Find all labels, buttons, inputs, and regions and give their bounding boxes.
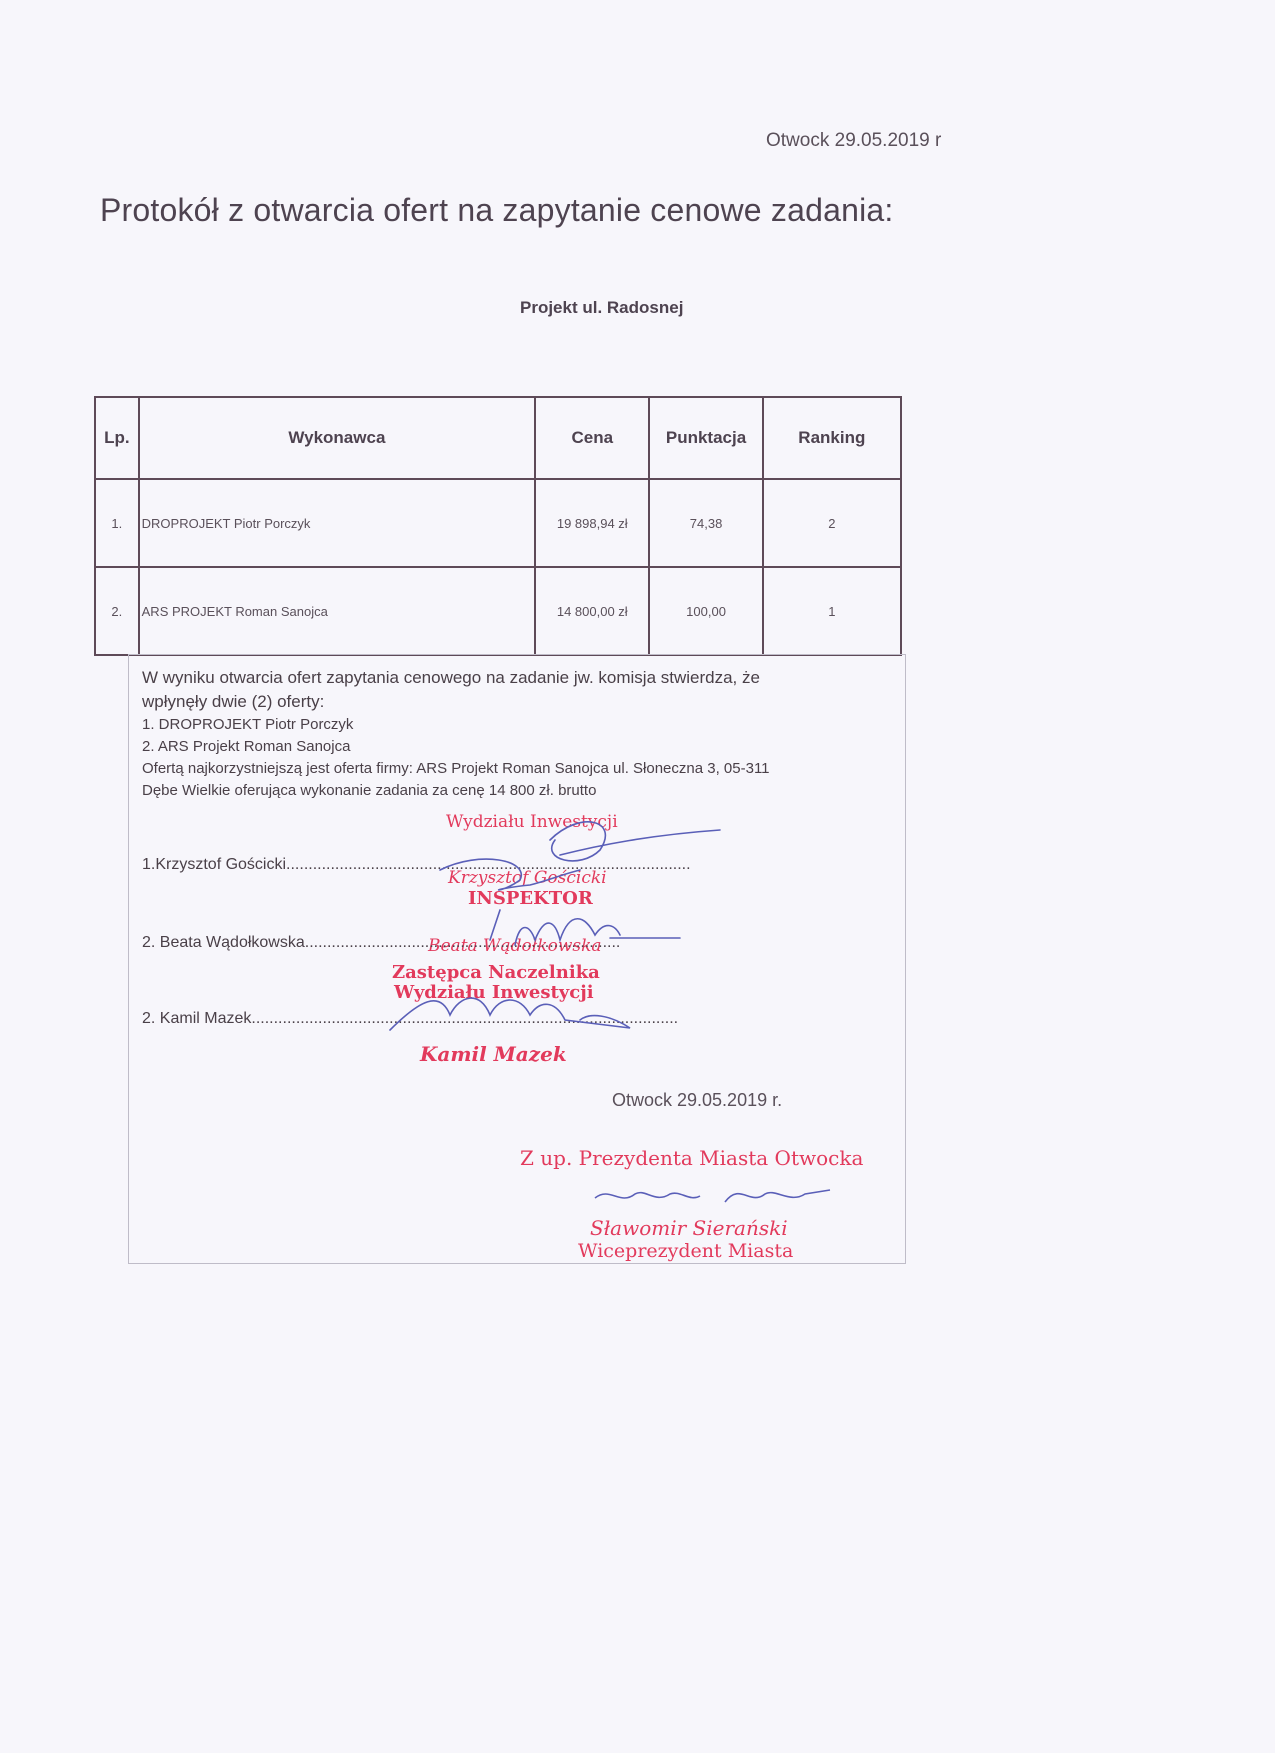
cell-cena: 14 800,00 zł [535,567,649,655]
stamp-president-authority: Z up. Prezydenta Miasta Otwocka [520,1146,863,1170]
summary-offer-1: 1. DROPROJEKT Piotr Porczyk [142,716,353,733]
column-header-wykonawca: Wykonawca [139,397,536,479]
column-header-lp: Lp. [95,397,139,479]
summary-offer-2: 2. ARS Projekt Roman Sanojca [142,738,350,755]
cell-cena: 19 898,94 zł [535,479,649,567]
cell-ranking: 2 [763,479,901,567]
handwritten-signatures [380,800,740,1060]
column-header-punktacja: Punktacja [649,397,762,479]
place-date: Otwock 29.05.2019 r [766,130,941,152]
cell-ranking: 1 [763,567,901,655]
signatory-name: 2. Kamil Mazek [142,1010,251,1027]
table-row: 2. ARS PROJEKT Roman Sanojca 14 800,00 z… [95,567,901,655]
cell-punktacja: 74,38 [649,479,762,567]
column-header-ranking: Ranking [763,397,901,479]
summary-best-2: Dębe Wielkie oferująca wykonanie zadania… [142,782,596,799]
signatory-name: 1.Krzysztof Gościcki [142,856,286,873]
table-header-row: Lp. Wykonawca Cena Punktacja Ranking [95,397,901,479]
cell-wykonawca: ARS PROJEKT Roman Sanojca [139,567,536,655]
cell-wykonawca: DROPROJEKT Piotr Porczyk [139,479,536,567]
column-header-cena: Cena [535,397,649,479]
table-row: 1. DROPROJEKT Piotr Porczyk 19 898,94 zł… [95,479,901,567]
document-title: Protokół z otwarcia ofert na zapytanie c… [100,192,893,229]
stamp-name-sieranski: Sławomir Sierański [590,1216,788,1240]
summary-line-2: wpłynęły dwie (2) oferty: [142,692,324,712]
signatory-name: 2. Beata Wądołkowska [142,934,305,951]
offers-table: Lp. Wykonawca Cena Punktacja Ranking 1. … [94,396,902,656]
cell-lp: 1. [95,479,139,567]
task-name: Projekt ul. Radosnej [520,298,683,318]
cell-lp: 2. [95,567,139,655]
summary-best-1: Ofertą najkorzystniejszą jest oferta fir… [142,760,770,777]
president-signature [590,1176,850,1216]
cell-punktacja: 100,00 [649,567,762,655]
stamp-title-vice-president: Wiceprezydent Miasta [578,1240,793,1262]
footer-place-date: Otwock 29.05.2019 r. [612,1090,782,1111]
summary-line-1: W wyniku otwarcia ofert zapytania cenowe… [142,668,760,688]
